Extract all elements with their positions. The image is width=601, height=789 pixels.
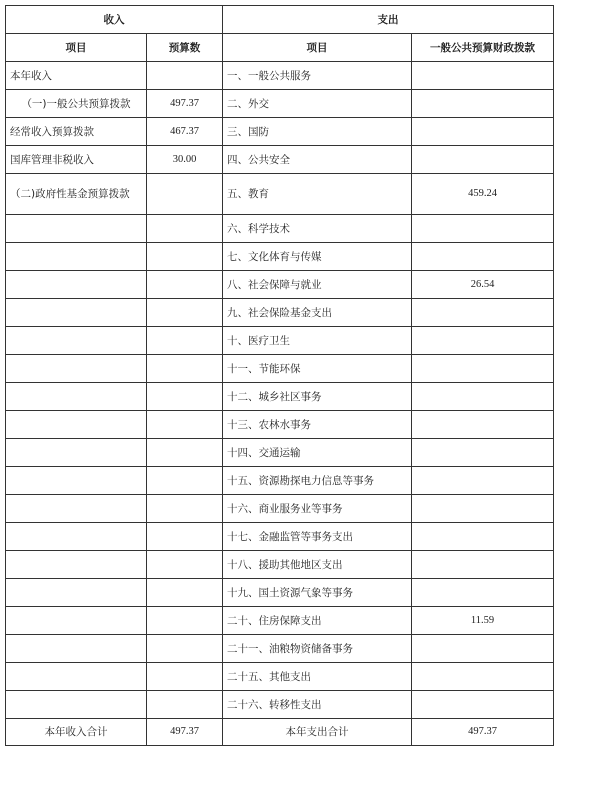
expense-value — [412, 146, 554, 174]
table-row: 二十一、油粮物资储备事务 — [6, 635, 554, 663]
income-value: 467.37 — [147, 118, 223, 146]
expense-value — [412, 215, 554, 243]
expense-item: 七、文化体育与传媒 — [223, 243, 412, 271]
expense-value — [412, 383, 554, 411]
expense-item: 一、一般公共服务 — [223, 62, 412, 90]
income-item — [6, 635, 147, 663]
income-item — [6, 607, 147, 635]
expense-item: 三、国防 — [223, 118, 412, 146]
income-item — [6, 551, 147, 579]
income-value — [147, 355, 223, 383]
table-row: 国库管理非税收入 30.00 四、公共安全 — [6, 146, 554, 174]
expense-amount-header: 一般公共预算财政拨款 — [412, 34, 554, 62]
income-value — [147, 215, 223, 243]
income-value — [147, 663, 223, 691]
table-row: 二十五、其他支出 — [6, 663, 554, 691]
table-row: 十一、节能环保 — [6, 355, 554, 383]
income-value — [147, 439, 223, 467]
income-item: （二)政府性基金预算拨款 — [6, 174, 147, 215]
expense-item: 四、公共安全 — [223, 146, 412, 174]
expense-item: 二十、住房保障支出 — [223, 607, 412, 635]
expense-item: 十四、交通运输 — [223, 439, 412, 467]
table-row: （一)一般公共预算拨款 497.37 二、外交 — [6, 90, 554, 118]
totals-row: 本年收入合计 497.37 本年支出合计 497.37 — [6, 719, 554, 746]
income-value — [147, 411, 223, 439]
income-item — [6, 299, 147, 327]
income-value — [147, 691, 223, 719]
expense-item: 十三、农林水事务 — [223, 411, 412, 439]
expense-value — [412, 90, 554, 118]
income-item — [6, 663, 147, 691]
expense-item: 十二、城乡社区事务 — [223, 383, 412, 411]
income-item — [6, 243, 147, 271]
income-value — [147, 243, 223, 271]
table-row: 本年收入 一、一般公共服务 — [6, 62, 554, 90]
expense-value — [412, 579, 554, 607]
expense-item: 二十六、转移性支出 — [223, 691, 412, 719]
expense-value — [412, 299, 554, 327]
income-value — [147, 607, 223, 635]
income-item — [6, 215, 147, 243]
expense-value — [412, 523, 554, 551]
expense-value: 11.59 — [412, 607, 554, 635]
table-row: 十五、资源勘探电力信息等事务 — [6, 467, 554, 495]
expense-value — [412, 355, 554, 383]
table-row: 十四、交通运输 — [6, 439, 554, 467]
table-row: 十三、农林水事务 — [6, 411, 554, 439]
income-item — [6, 383, 147, 411]
table-row: 十八、援助其他地区支出 — [6, 551, 554, 579]
income-value — [147, 271, 223, 299]
expense-value — [412, 663, 554, 691]
expense-value: 459.24 — [412, 174, 554, 215]
income-value — [147, 635, 223, 663]
income-item — [6, 579, 147, 607]
table-row: 七、文化体育与传媒 — [6, 243, 554, 271]
income-value — [147, 579, 223, 607]
expense-item: 十、医疗卫生 — [223, 327, 412, 355]
expense-value — [412, 495, 554, 523]
table-row: 十二、城乡社区事务 — [6, 383, 554, 411]
expense-item: 十六、商业服务业等事务 — [223, 495, 412, 523]
expense-item: 九、社会保险基金支出 — [223, 299, 412, 327]
income-value — [147, 383, 223, 411]
expense-item: 十八、援助其他地区支出 — [223, 551, 412, 579]
income-item: 经常收入预算拨款 — [6, 118, 147, 146]
income-total-value: 497.37 — [147, 719, 223, 746]
income-value — [147, 523, 223, 551]
income-value — [147, 551, 223, 579]
expense-item: 八、社会保障与就业 — [223, 271, 412, 299]
income-item — [6, 467, 147, 495]
income-item — [6, 355, 147, 383]
expense-total-label: 本年支出合计 — [223, 719, 412, 746]
expense-value — [412, 118, 554, 146]
income-value — [147, 327, 223, 355]
income-item — [6, 327, 147, 355]
income-item — [6, 691, 147, 719]
income-value — [147, 467, 223, 495]
expense-item: 二十五、其他支出 — [223, 663, 412, 691]
expense-value — [412, 62, 554, 90]
table-row: 八、社会保障与就业 26.54 — [6, 271, 554, 299]
expense-value: 26.54 — [412, 271, 554, 299]
expense-item: 十五、资源勘探电力信息等事务 — [223, 467, 412, 495]
expense-value — [412, 551, 554, 579]
expense-value — [412, 439, 554, 467]
income-item — [6, 523, 147, 551]
income-group-header: 收入 — [6, 6, 223, 34]
expense-total-value: 497.37 — [412, 719, 554, 746]
header-row-columns: 项目 预算数 项目 一般公共预算财政拨款 — [6, 34, 554, 62]
expense-value — [412, 327, 554, 355]
expense-value — [412, 635, 554, 663]
expense-group-header: 支出 — [223, 6, 554, 34]
income-value — [147, 299, 223, 327]
expense-item: 二、外交 — [223, 90, 412, 118]
income-item-header: 项目 — [6, 34, 147, 62]
expense-item: 二十一、油粮物资储备事务 — [223, 635, 412, 663]
expense-item: 六、科学技术 — [223, 215, 412, 243]
income-budget-header: 预算数 — [147, 34, 223, 62]
expense-item: 十七、金融监管等事务支出 — [223, 523, 412, 551]
expense-value — [412, 243, 554, 271]
table-row: 九、社会保险基金支出 — [6, 299, 554, 327]
income-item: 国库管理非税收入 — [6, 146, 147, 174]
expense-value — [412, 411, 554, 439]
income-value — [147, 62, 223, 90]
expense-value — [412, 467, 554, 495]
table-row: 十九、国土资源气象等事务 — [6, 579, 554, 607]
expense-item: 五、教育 — [223, 174, 412, 215]
income-value: 30.00 — [147, 146, 223, 174]
expense-item: 十九、国土资源气象等事务 — [223, 579, 412, 607]
table-row: （二)政府性基金预算拨款 五、教育 459.24 — [6, 174, 554, 215]
header-row-groups: 收入 支出 — [6, 6, 554, 34]
expense-item-header: 项目 — [223, 34, 412, 62]
table-row: 六、科学技术 — [6, 215, 554, 243]
income-total-label: 本年收入合计 — [6, 719, 147, 746]
income-item — [6, 411, 147, 439]
budget-table: 收入 支出 项目 预算数 项目 一般公共预算财政拨款 本年收入 一、一般公共服务… — [5, 5, 554, 746]
income-value: 497.37 — [147, 90, 223, 118]
table-row: 二十六、转移性支出 — [6, 691, 554, 719]
table-row: 二十、住房保障支出 11.59 — [6, 607, 554, 635]
expense-value — [412, 691, 554, 719]
income-value — [147, 495, 223, 523]
income-item: 本年收入 — [6, 62, 147, 90]
income-item — [6, 439, 147, 467]
income-item: （一)一般公共预算拨款 — [6, 90, 147, 118]
table-row: 十六、商业服务业等事务 — [6, 495, 554, 523]
income-item — [6, 495, 147, 523]
expense-item: 十一、节能环保 — [223, 355, 412, 383]
income-item — [6, 271, 147, 299]
table-row: 十七、金融监管等事务支出 — [6, 523, 554, 551]
table-row: 十、医疗卫生 — [6, 327, 554, 355]
income-value — [147, 174, 223, 215]
table-row: 经常收入预算拨款 467.37 三、国防 — [6, 118, 554, 146]
